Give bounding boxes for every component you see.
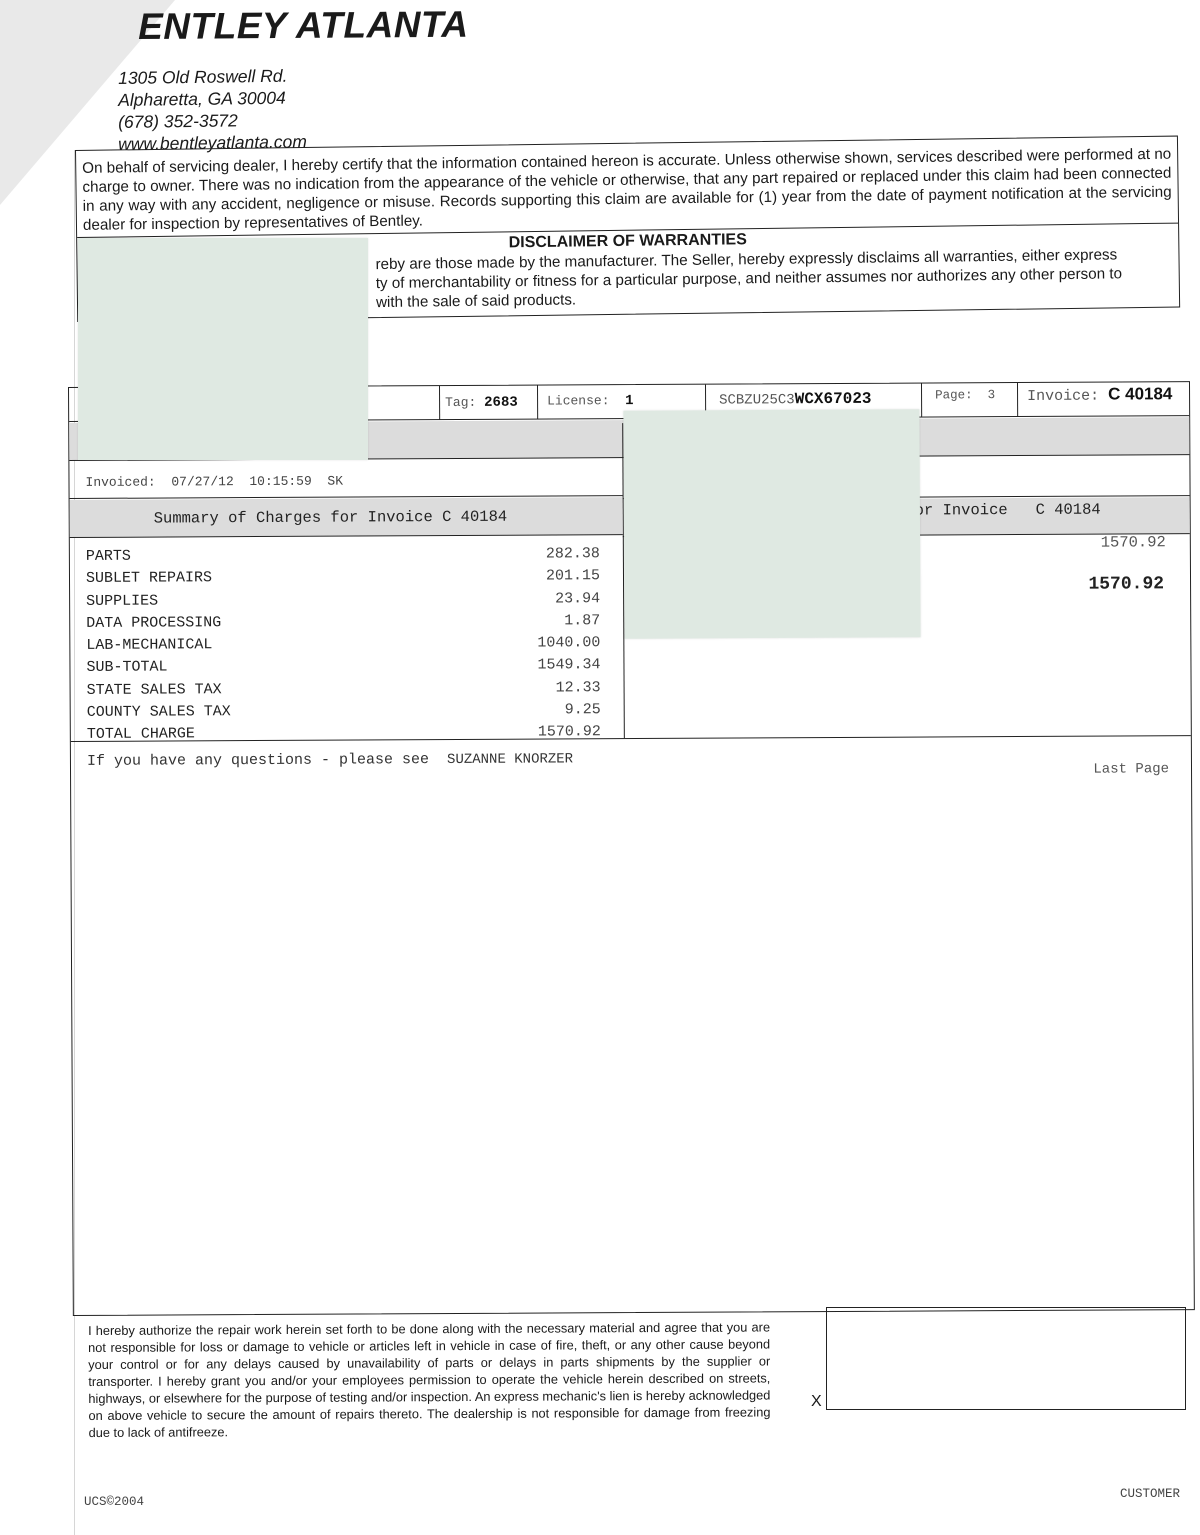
dealer-name: ENTLEY ATLANTA — [138, 4, 469, 48]
charge-amount: 1.87 — [564, 610, 600, 632]
dealer-phone: (678) 352-3572 — [118, 110, 238, 132]
charge-row: DATA PROCESSING1.87 — [86, 610, 600, 635]
right-amount: 1570.92 — [1101, 533, 1166, 551]
certification-text: On behalf of servicing dealer, I hereby … — [82, 145, 1172, 235]
questions-line: If you have any questions - please see S… — [87, 750, 573, 770]
vin-suffix: WCX67023 — [795, 390, 872, 408]
charge-amount: 9.25 — [565, 699, 601, 721]
charge-amount: 282.38 — [546, 543, 600, 566]
charge-row: SUB-TOTAL1549.34 — [86, 655, 600, 680]
tag-label: Tag: — [445, 395, 476, 410]
divider — [537, 386, 538, 420]
charge-label: SUBLET REPAIRS — [86, 568, 212, 591]
charge-label: SUPPLIES — [86, 590, 158, 613]
copyright-label: UCS©2004 — [84, 1495, 144, 1509]
charge-amount: 1549.34 — [537, 655, 600, 678]
invoice-number: C 40184 — [1108, 384, 1172, 403]
charge-row: COUNTY SALES TAX9.25 — [87, 699, 601, 724]
summary-title: Summary of Charges for Invoice C 40184 — [154, 508, 508, 528]
dealer-address-line2: Alpharetta, GA 30004 — [118, 88, 286, 110]
tag-field: Tag: 2683 — [445, 395, 518, 411]
summary-invoice: C 40184 — [442, 508, 507, 526]
charge-row: SUBLET REPAIRS201.15 — [86, 566, 600, 591]
divider — [921, 384, 922, 418]
signature-box[interactable] — [826, 1307, 1186, 1410]
invoiced-time: 10:15:59 — [249, 474, 311, 489]
invoice-label: Invoice: — [1027, 388, 1099, 405]
charge-amount: 201.15 — [546, 566, 600, 589]
last-page-label: Last Page — [1093, 761, 1169, 777]
right-summary-title: or Invoice C 40184 — [915, 501, 1101, 520]
charge-amount: 1570.92 — [538, 722, 601, 745]
vin-prefix: SCBZU25C3 — [719, 392, 795, 408]
charge-amount: 23.94 — [555, 588, 600, 611]
questions-contact: SUZANNE KNORZER — [447, 751, 573, 768]
dealer-address-line1: 1305 Old Roswell Rd. — [118, 66, 288, 88]
charge-label: STATE SALES TAX — [87, 679, 222, 702]
right-summary-title-label: or Invoice — [915, 501, 1008, 519]
charge-row: TOTAL CHARGE1570.92 — [87, 722, 601, 747]
page-value: 3 — [988, 388, 996, 402]
summary-title-label: Summary of Charges for Invoice — [154, 508, 433, 527]
authorization-text: I hereby authorize the repair work herei… — [88, 1318, 771, 1441]
divider — [1017, 383, 1018, 417]
charges-table: PARTS282.38SUBLET REPAIRS201.15SUPPLIES2… — [86, 543, 601, 746]
charge-label: DATA PROCESSING — [86, 612, 221, 635]
charge-row: LAB-MECHANICAL1040.00 — [86, 632, 600, 657]
charge-row: SUPPLIES23.94 — [86, 588, 600, 613]
invoiced-line: Invoiced: 07/27/12 10:15:59 SK — [85, 474, 343, 490]
signature-x-mark: X — [811, 1393, 822, 1411]
charge-label: TOTAL CHARGE — [87, 724, 195, 747]
redacted-area — [78, 238, 368, 460]
license-label: License: — [547, 393, 609, 408]
invoiced-label: Invoiced: — [85, 475, 155, 490]
charge-label: LAB-MECHANICAL — [86, 634, 212, 657]
invoice-field: Invoice: C 40184 — [1027, 384, 1172, 405]
page-label: Page: — [935, 388, 973, 402]
charge-amount: 1040.00 — [537, 632, 600, 655]
charge-label: PARTS — [86, 546, 131, 569]
copy-type-label: CUSTOMER — [1120, 1487, 1180, 1501]
license-field: License: 1 — [547, 393, 634, 409]
divider — [439, 386, 440, 420]
page-field: Page: 3 — [935, 388, 995, 402]
charge-amount: 12.33 — [556, 677, 601, 700]
license-value: 1 — [625, 393, 633, 409]
redacted-area — [623, 409, 920, 639]
charge-label: COUNTY SALES TAX — [87, 701, 231, 724]
charge-row: PARTS282.38 — [86, 543, 600, 568]
right-total-amount: 1570.92 — [1088, 574, 1164, 594]
invoiced-date: 07/27/12 — [171, 474, 233, 489]
charge-label: SUB-TOTAL — [86, 657, 167, 680]
questions-text: If you have any questions - please see — [87, 751, 429, 770]
invoiced-initials: SK — [327, 474, 343, 489]
vin-field: SCBZU25C3WCX67023 — [719, 390, 872, 409]
tag-value: 2683 — [484, 395, 518, 411]
right-summary-invoice: C 40184 — [1036, 501, 1101, 519]
charge-row: STATE SALES TAX12.33 — [87, 677, 601, 702]
